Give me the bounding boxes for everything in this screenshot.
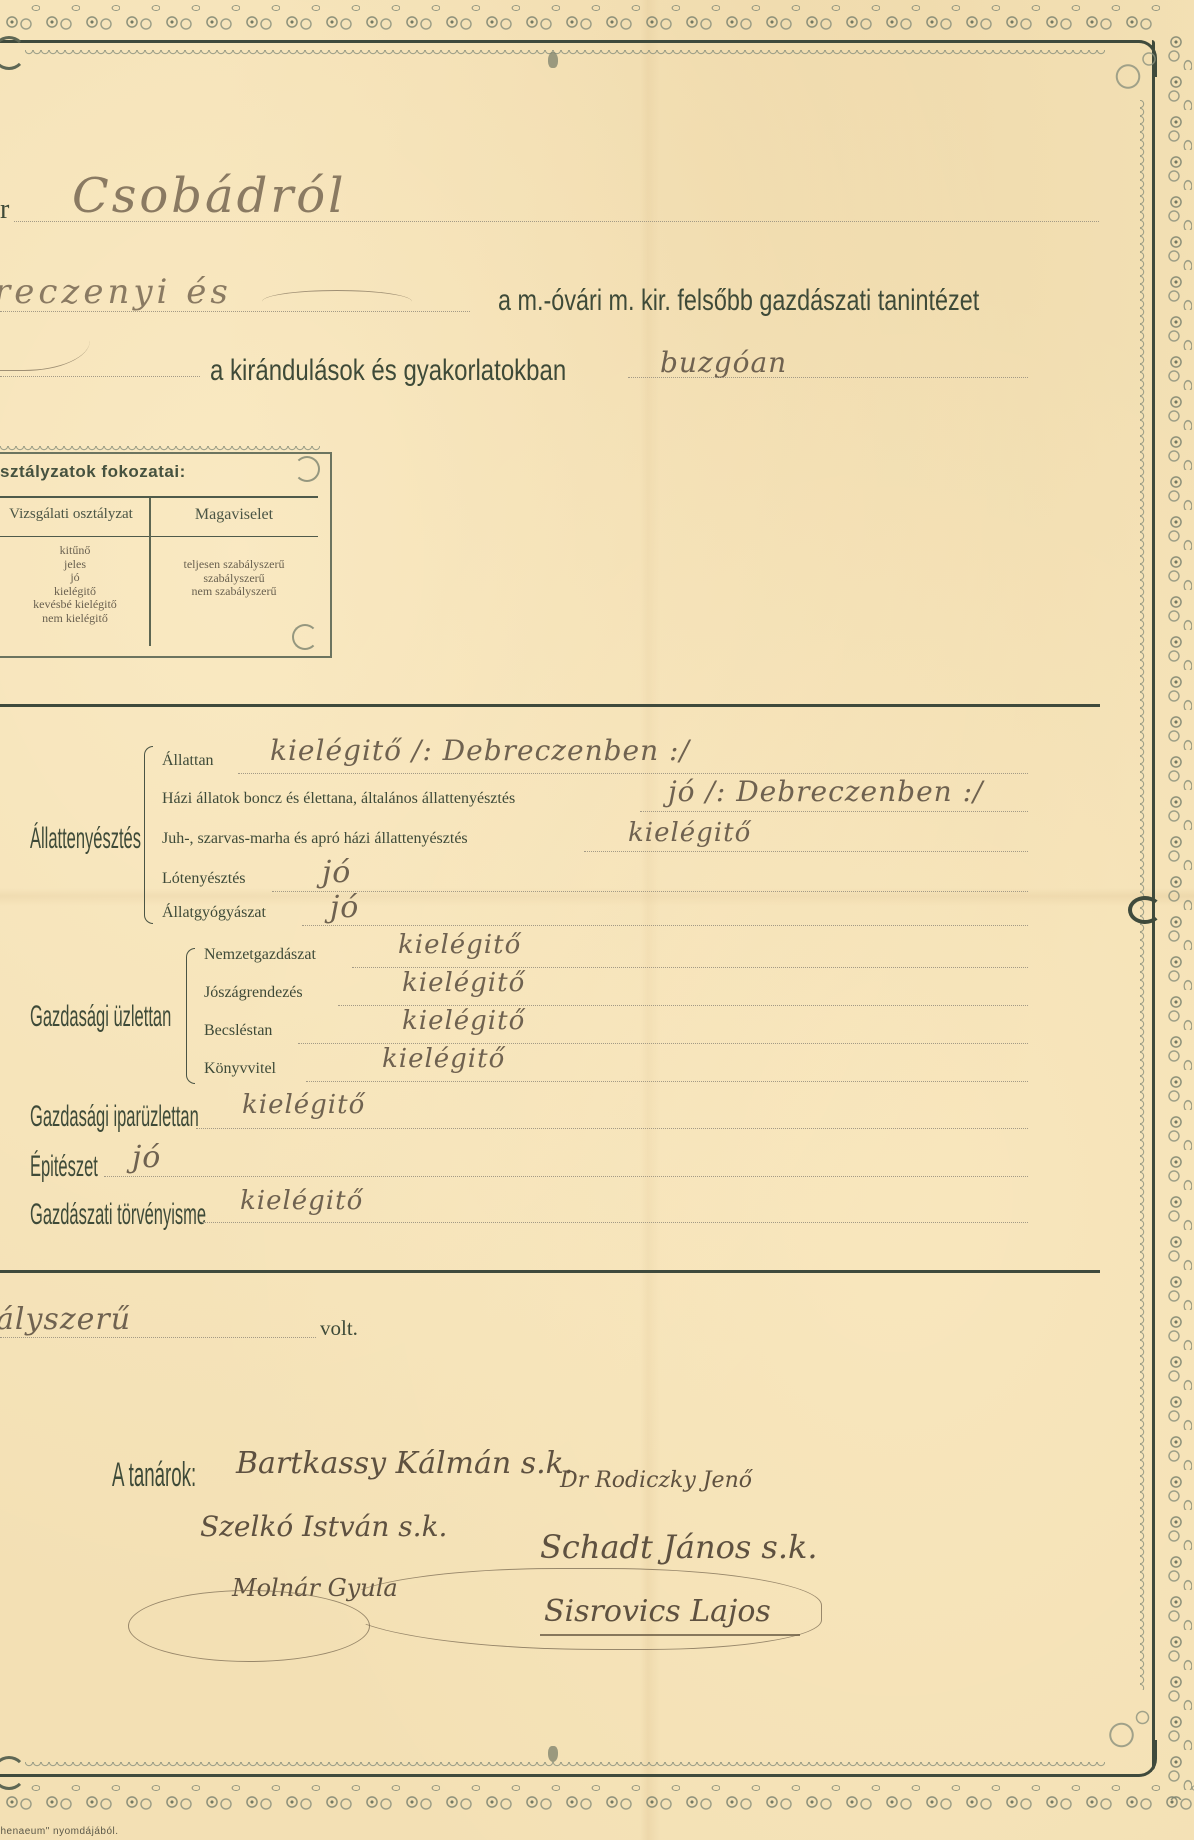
excursions-value-handwritten: buzgóan (660, 346, 787, 379)
section-label-allattenyesztes: Állattenyésztés (30, 822, 141, 856)
subject-juh-dots (584, 851, 1028, 852)
top-center-ornament (548, 52, 558, 68)
grade-nem-kielegito: nem kielégitő (0, 612, 150, 626)
right-ornamental-border (1162, 30, 1192, 1800)
grades-conduct-list: teljesen szabályszerű szabályszerű nem s… (150, 558, 318, 599)
grades-box-corner-ornament-bottom (292, 624, 318, 650)
excursions-flourish (0, 320, 90, 371)
grades-col-header-conduct: Magaviselet (150, 506, 318, 524)
county-value-handwritten: reczenyi és (0, 272, 232, 312)
subject-lotenyesztes-dots (272, 891, 1028, 892)
top-frame-rule (0, 40, 1120, 43)
subject-allattan-grade: kielégitő /: Debreczenben :/ (270, 734, 690, 767)
teachers-label: A tanárok: (112, 1456, 196, 1495)
origin-prefix: r (0, 194, 9, 226)
subject-allatgyogyaszat-grade: jó (330, 890, 359, 925)
signature-3: Szelkó István s.k. (200, 1510, 447, 1543)
subject-konyvvitel-grade: kielégitő (382, 1044, 505, 1074)
subject-nemzetgazdaszat-label: Nemzetgazdászat (204, 946, 316, 964)
subject-allattan-dots (238, 773, 1028, 774)
excursions-left-dotted-line (0, 376, 200, 377)
grade-kielegito: kielégitő (0, 585, 150, 599)
signature-flourish-right (340, 1568, 822, 1650)
subject-iparuzlettan-grade: kielégitő (242, 1090, 365, 1120)
subject-becslestan-grade: kielégitő (402, 1006, 525, 1036)
institution-text: a m.-óvári m. kir. felsőbb gazdászati ta… (498, 284, 979, 318)
signature-1: Bartkassy Kálmán s.k. (236, 1446, 573, 1481)
right-wavy-line (1140, 100, 1146, 1690)
subject-becslestan-label: Becsléstan (204, 1022, 272, 1040)
subject-konyvvitel-label: Könyvvitel (204, 1060, 276, 1078)
grades-exam-list: kitűnő jeles jó kielégitő kevésbé kielég… (0, 544, 150, 625)
grade-jo: jó (0, 571, 150, 585)
subject-epiteszet-dots (104, 1176, 1028, 1177)
signature-2: Dr Rodiczky Jenő (560, 1468, 752, 1493)
subject-epiteszet-label: Épitészet (30, 1150, 98, 1184)
grades-header-rule (0, 536, 318, 537)
subject-iparuzlettan-label: Gazdasági iparüzlettan (30, 1100, 199, 1134)
subject-allatgyogyaszat-dots (302, 925, 1028, 926)
subject-epiteszet-grade: jó (132, 1140, 161, 1175)
signature-flourish-left (128, 1590, 370, 1662)
subjects-bottom-rule (0, 1270, 1100, 1273)
subject-juh-label: Juh-, szarvas-marha és apró házi állatte… (162, 830, 468, 848)
subject-torvenyisme-label: Gazdászati törvényisme (30, 1198, 206, 1232)
excursions-label: a kirándulások és gyakorlatokban (210, 354, 566, 388)
subject-lotenyesztes-grade: jó (322, 855, 351, 890)
grades-box-corner-ornament-top (294, 456, 320, 482)
top-ornamental-border (0, 2, 1160, 32)
bottom-right-corner-flourish (1090, 1700, 1160, 1770)
excursions-dotted-line (628, 377, 1028, 378)
subject-joszagrendezes-label: Jószágrendezés (204, 984, 303, 1002)
conduct-value-handwritten: ályszerű (0, 1302, 131, 1337)
subject-joszagrendezes-grade: kielégitő (402, 968, 525, 998)
grades-box-wavy-top (0, 446, 320, 452)
grades-legend-title: sztályzatok fokozatai: (0, 462, 186, 482)
signature-4: Schadt János s.k. (540, 1528, 818, 1566)
bottom-wavy-line (25, 1762, 1105, 1768)
brace-allattenyesztes (144, 746, 153, 924)
grade-kevesbe-kielegito: kevésbé kielégitő (0, 598, 150, 612)
subject-hazi-allatok-label: Házi állatok boncz és élettana, általáno… (162, 790, 515, 808)
grade-kituno: kitűnő (0, 544, 150, 558)
origin-value-handwritten: Csobádról (72, 168, 347, 224)
section-label-gazdasagi-uzlettan: Gazdasági üzlettan (30, 1000, 171, 1034)
subject-nemzetgazdaszat-grade: kielégitő (398, 930, 521, 960)
top-wavy-line (25, 50, 1105, 56)
brace-gazdasagi-uzlettan (186, 948, 195, 1084)
bottom-frame-rule (0, 1774, 1125, 1777)
grades-title-rule (0, 496, 318, 498)
subject-konyvvitel-dots (306, 1081, 1028, 1082)
subject-hazi-allatok-grade: jó /: Debreczenben :/ (668, 775, 983, 808)
printer-imprint: "Athenaeum" nyomdájából. (0, 1826, 119, 1837)
grade-jeles: jeles (0, 558, 150, 572)
bottom-center-ornament (548, 1746, 558, 1762)
top-right-corner-flourish (1100, 45, 1170, 115)
subject-hazi-allatok-dots (640, 811, 1028, 812)
county-dotted-line (0, 311, 470, 312)
right-middle-ornament (1128, 896, 1162, 924)
origin-dotted-line (14, 221, 1099, 222)
subject-allattan-label: Állattan (162, 752, 214, 770)
signature-underline (540, 1634, 800, 1636)
conduct-teljesen-szabalyszeru: teljesen szabályszerű (150, 558, 318, 572)
conduct-szabalyszeru: szabályszerű (150, 572, 318, 586)
grades-col-header-exam: Vizsgálati osztályzat (0, 506, 150, 523)
county-flourish (262, 290, 412, 313)
conduct-dotted-line (0, 1337, 316, 1338)
subject-torvenyisme-grade: kielégitő (240, 1186, 363, 1216)
subject-lotenyesztes-label: Lótenyésztés (162, 870, 246, 888)
subject-torvenyisme-dots (202, 1222, 1028, 1223)
conduct-suffix: volt. (320, 1316, 358, 1341)
subject-juh-grade: kielégitő (628, 818, 751, 848)
subject-iparuzlettan-dots (196, 1128, 1028, 1129)
bottom-ornamental-border (0, 1782, 1194, 1812)
subjects-top-rule (0, 704, 1100, 707)
conduct-nem-szabalyszeru: nem szabályszerű (150, 585, 318, 599)
subject-allatgyogyaszat-label: Állatgyógyászat (162, 904, 266, 922)
